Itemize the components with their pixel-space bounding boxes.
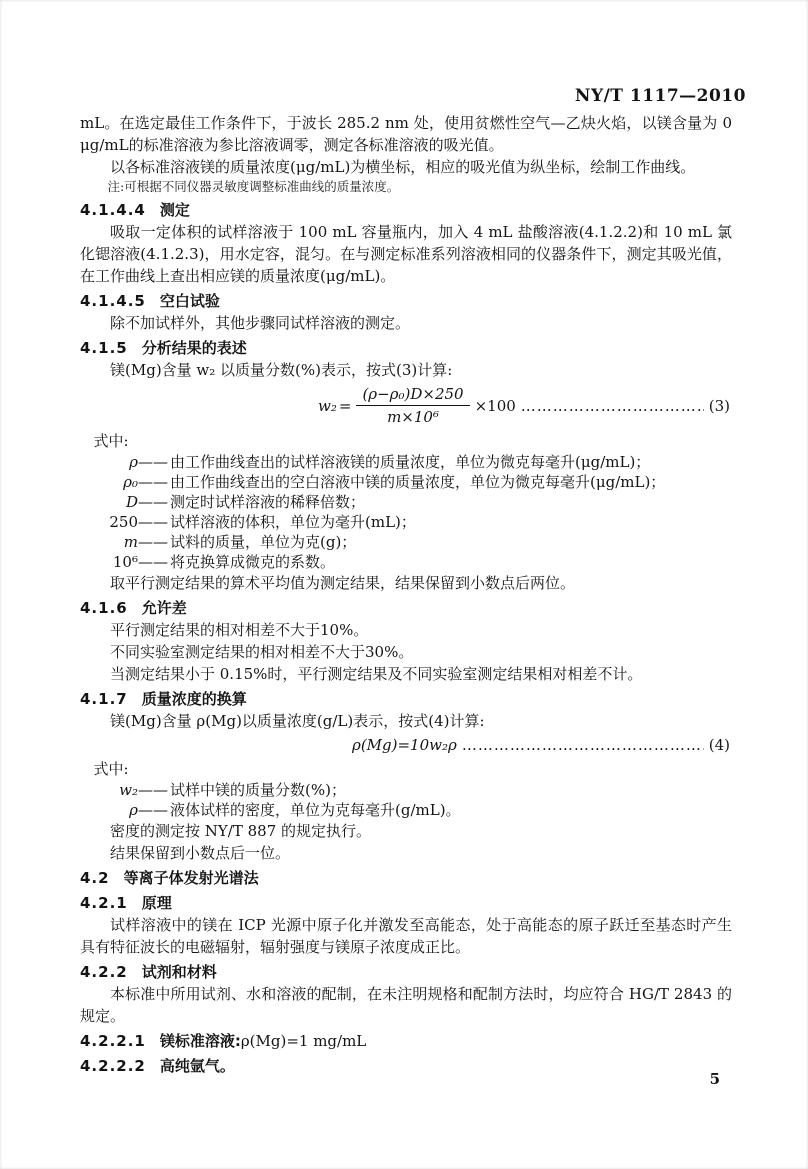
document-content: mL。在选定最佳工作条件下，于波长 285.2 nm 处，使用贫燃性空气—乙炔火… (80, 112, 732, 1077)
density-reference-line: 密度的测定按 NY/T 887 的规定执行。 (80, 820, 732, 842)
definition-row: 10⁶——将克换算成微克的系数。 (80, 552, 732, 572)
formula-label: (4) (709, 734, 732, 756)
section-title: 高纯氩气。 (160, 1057, 235, 1075)
section-heading-4-2: 4.2等离子体发射光谱法 (80, 867, 732, 889)
fraction-numerator: (ρ−ρ₀)D×250 (356, 383, 469, 406)
definition-text: 液体试样的密度，单位为克每毫升(g/mL)。 (170, 800, 732, 820)
definition-text: 试样溶液的体积，单位为毫升(mL)； (170, 512, 732, 532)
formula-lhs: w₂ (318, 395, 337, 417)
definition-symbol: 250 (80, 512, 138, 532)
section-heading-4-2-2: 4.2.2试剂和材料 (80, 961, 732, 983)
paragraph-continuation: mL。在选定最佳工作条件下，于波长 285.2 nm 处，使用贫燃性空气—乙炔火… (80, 112, 732, 156)
definition-row: 250——试样溶液的体积，单位为毫升(mL)； (80, 512, 732, 532)
section-title: 等离子体发射光谱法 (124, 869, 259, 887)
section-heading-4-1-6: 4.1.6允许差 (80, 597, 732, 619)
section-title: 测定 (160, 201, 190, 219)
definition-dash: —— (138, 532, 168, 552)
section-title: 原理 (142, 894, 172, 912)
formula-equals: = (339, 395, 352, 417)
tolerance-line: 不同实验室测定结果的相对相差不大于30%。 (80, 641, 732, 663)
paragraph-blank-test: 除不加试样外，其他步骤同试样溶液的测定。 (80, 312, 732, 334)
where-label: 式中: (80, 758, 732, 780)
definition-dash: —— (138, 472, 168, 492)
paragraph-formula3-intro: 镁(Mg)含量 w₂ 以质量分数(%)表示，按式(3)计算: (80, 359, 732, 381)
page-number: 5 (710, 1070, 720, 1088)
section-title: 试剂和材料 (142, 963, 217, 981)
formula-4: ρ(Mg)=10w₂ρ ……………………………………………………………… (4) (80, 734, 732, 756)
definition-text: 由工作曲线查出的空白溶液中镁的质量浓度，单位为微克每毫升(μg/mL)； (170, 472, 732, 492)
paragraph-reagents: 本标准中所用试剂、水和溶液的配制，在未注明规格和配制方法时，均应符合 HG/T … (80, 983, 732, 1027)
section-heading-4-2-1: 4.2.1原理 (80, 892, 732, 914)
section-number: 4.2.2.1 (80, 1032, 146, 1050)
section-title: 质量浓度的换算 (142, 690, 247, 708)
paragraph-determination: 吸取一定体积的试样溶液于 100 mL 容量瓶内，加入 4 mL 盐酸溶液(4.… (80, 221, 732, 287)
definition-row: w₂——试样中镁的质量分数(%)； (80, 780, 732, 800)
definition-row: ρ₀——由工作曲线查出的空白溶液中镁的质量浓度，单位为微克每毫升(μg/mL)； (80, 472, 732, 492)
section-number: 4.1.4.4 (80, 201, 146, 219)
formula-label: (3) (709, 395, 732, 417)
section-number: 4.1.7 (80, 690, 128, 708)
definition-symbol: D (80, 492, 138, 512)
definition-text: 试样中镁的质量分数(%)； (170, 780, 732, 800)
section-heading-4-1-4-4: 4.1.4.4测定 (80, 199, 732, 221)
definition-dash: —— (138, 780, 168, 800)
definition-symbol: w₂ (80, 780, 138, 800)
definition-text: 测定时试样溶液的稀释倍数； (170, 492, 732, 512)
section-number: 4.2 (80, 869, 110, 887)
section-heading-4-1-5: 4.1.5分析结果的表述 (80, 337, 732, 359)
definition-text: 将克换算成微克的系数。 (170, 552, 732, 572)
definition-symbol: m (80, 532, 138, 552)
definition-symbol: ρ (80, 800, 138, 820)
tolerance-line: 平行测定结果的相对相差不大于10%。 (80, 619, 732, 641)
dot-leader: ……………………………………………………………… (462, 734, 704, 756)
section-number: 4.1.5 (80, 339, 128, 357)
definition-text: 由工作曲线查出的试样溶液镁的质量浓度，单位为微克每毫升(μg/mL)； (170, 452, 732, 472)
paragraph-result-rounding: 取平行测定结果的算术平均值为测定结果，结果保留到小数点后两位。 (80, 572, 732, 594)
section-number: 4.2.2 (80, 963, 128, 981)
definition-symbol: ρ (80, 452, 138, 472)
fraction: (ρ−ρ₀)D×250 m×10⁶ (356, 383, 469, 428)
definition-dash: —— (138, 800, 168, 820)
definition-dash: —— (138, 552, 168, 572)
paragraph-working-curve: 以各标准溶液镁的质量浓度(μg/mL)为横坐标，相应的吸光值为纵坐标，绘制工作曲… (80, 156, 732, 178)
tolerance-line: 当测定结果小于 0.15%时，平行测定结果及不同实验室测定结果相对相差不计。 (80, 663, 732, 685)
standard-number: NY/T 1117—2010 (575, 86, 746, 106)
definition-dash: —— (138, 452, 168, 472)
definition-dash: —— (138, 492, 168, 512)
section-number: 4.1.6 (80, 599, 128, 617)
note-text: 注:可根据不同仪器灵敏度调整标准曲线的质量浓度。 (80, 178, 732, 196)
paragraph-formula4-intro: 镁(Mg)含量 ρ(Mg)以质量浓度(g/L)表示，按式(4)计算: (80, 710, 732, 732)
section-title: 空白试验 (160, 292, 220, 310)
result-rounding-line: 结果保留到小数点后一位。 (80, 842, 732, 864)
section-heading-4-1-4-5: 4.1.4.5空白试验 (80, 290, 732, 312)
section-title: 分析结果的表述 (142, 339, 247, 357)
section-title: 允许差 (142, 599, 187, 617)
formula-multiplier: ×100 (475, 395, 516, 417)
section-heading-4-2-2-2: 4.2.2.2高纯氩气。 (80, 1055, 732, 1077)
definition-row: ρ——由工作曲线查出的试样溶液镁的质量浓度，单位为微克每毫升(μg/mL)； (80, 452, 732, 472)
section-heading-4-1-7: 4.1.7质量浓度的换算 (80, 688, 732, 710)
section-number: 4.2.1 (80, 894, 128, 912)
formula-expression: ρ(Mg)=10w₂ρ (352, 734, 457, 756)
where-label: 式中: (80, 430, 732, 452)
definition-row: ρ——液体试样的密度，单位为克每毫升(g/mL)。 (80, 800, 732, 820)
formula-3: w₂ = (ρ−ρ₀)D×250 m×10⁶ ×100 ………………………………… (80, 383, 732, 428)
definition-dash: —— (138, 512, 168, 532)
definition-text: 试料的质量，单位为克(g)； (170, 532, 732, 552)
document-page: NY/T 1117—2010 mL。在选定最佳工作条件下，于波长 285.2 n… (0, 0, 808, 1169)
paragraph-principle: 试样溶液中的镁在 ICP 光源中原子化并激发至高能态，处于高能态的原子跃迁至基态… (80, 914, 732, 958)
standard-solution-value: ρ(Mg)=1 mg/mL (241, 1032, 366, 1050)
definition-symbol: 10⁶ (80, 552, 138, 572)
definition-row: m——试料的质量，单位为克(g)； (80, 532, 732, 552)
section-number: 4.2.2.2 (80, 1057, 146, 1075)
section-heading-4-2-2-1: 4.2.2.1镁标准溶液:ρ(Mg)=1 mg/mL (80, 1030, 732, 1052)
definition-symbol: ρ₀ (80, 472, 138, 492)
section-title: 镁标准溶液: (160, 1032, 241, 1050)
section-number: 4.1.4.5 (80, 292, 146, 310)
dot-leader: ……………………………………………………………… (521, 395, 704, 417)
definition-row: D——测定时试样溶液的稀释倍数； (80, 492, 732, 512)
fraction-denominator: m×10⁶ (381, 406, 445, 428)
